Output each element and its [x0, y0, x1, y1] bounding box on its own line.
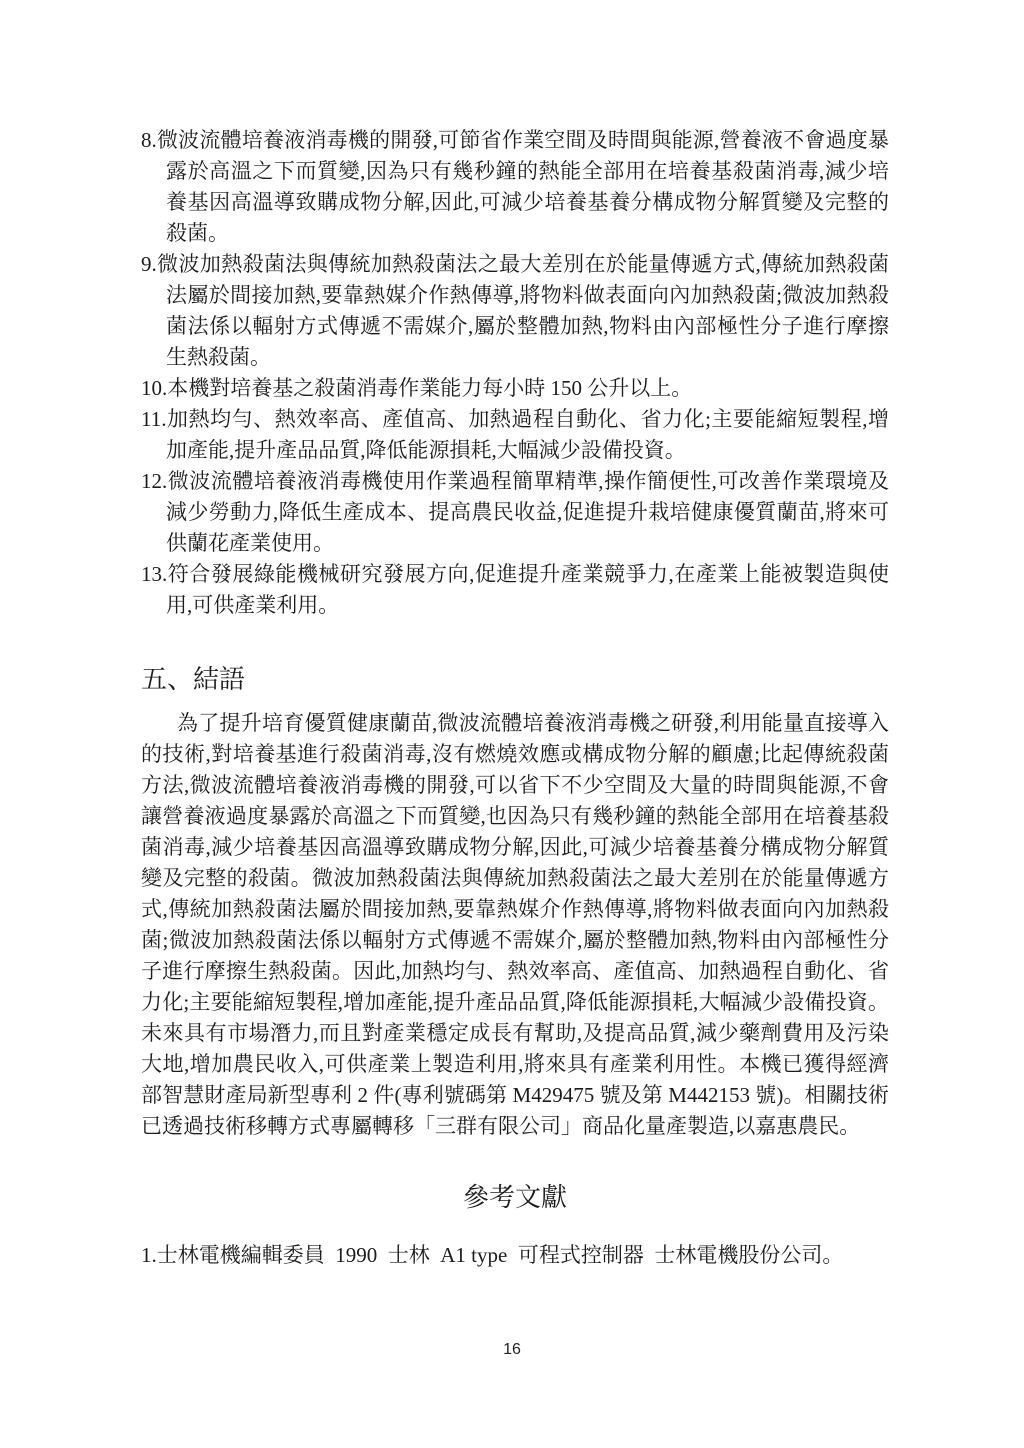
page-number: 16 — [0, 1341, 1024, 1359]
item-text: 士林電機編輯委員 1990 士林 A1 type 可程式控制器 士林電機股份公司… — [157, 1243, 844, 1267]
item-text: 微波加熱殺菌法與傳統加熱殺菌法之最大差別在於能量傳遞方式,傳統加熱殺菌法屬於間接… — [157, 252, 889, 369]
conclusion-paragraph: 為了提升培育優質健康蘭苗,微波流體培養液消毒機之研發,利用能量直接導入的技術,對… — [141, 708, 889, 1142]
numbered-item-10: 10.本機對培養基之殺菌消毒作業能力每小時 150 公升以上。 — [141, 373, 889, 404]
numbered-item-8: 8.微波流體培養液消毒機的開發,可節省作業空間及時間與能源,營養液不會過度暴露於… — [141, 125, 889, 249]
item-number: 12. — [141, 469, 167, 493]
numbered-item-11: 11.加熱均勻、熱效率高、產值高、加熱過程自動化、省力化;主要能縮短製程,增加產… — [141, 404, 889, 466]
references-heading: 參考文獻 — [141, 1180, 889, 1216]
page-content: 8.微波流體培養液消毒機的開發,可節省作業空間及時間與能源,營養液不會過度暴露於… — [141, 125, 889, 1271]
item-text: 符合發展綠能機械研究發展方向,促進提升產業競爭力,在產業上能被製造與使用,可供產… — [166, 562, 889, 617]
numbered-item-12: 12.微波流體培養液消毒機使用作業過程簡單精準,操作簡便性,可改善作業環境及減少… — [141, 466, 889, 559]
item-text: 微波流體培養液消毒機的開發,可節省作業空間及時間與能源,營養液不會過度暴露於高溫… — [157, 128, 889, 245]
item-text: 本機對培養基之殺菌消毒作業能力每小時 150 公升以上。 — [167, 376, 692, 400]
numbered-item-13: 13.符合發展綠能機械研究發展方向,促進提升產業競爭力,在產業上能被製造與使用,… — [141, 559, 889, 621]
item-text: 加熱均勻、熱效率高、產值高、加熱過程自動化、省力化;主要能縮短製程,增加產能,提… — [166, 407, 889, 462]
item-number: 11. — [141, 407, 166, 431]
item-number: 9. — [141, 252, 157, 276]
item-number: 1. — [141, 1243, 157, 1267]
conclusion-section-heading: 五、結語 — [141, 662, 889, 698]
document-page: { "page": { "number": "16", "background_… — [0, 0, 1024, 1448]
item-number: 10. — [141, 376, 167, 400]
reference-item-1: 1.士林電機編輯委員 1990 士林 A1 type 可程式控制器 士林電機股份… — [141, 1240, 889, 1271]
item-number: 13. — [141, 562, 167, 586]
item-number: 8. — [141, 128, 157, 152]
item-text: 微波流體培養液消毒機使用作業過程簡單精準,操作簡便性,可改善作業環境及減少勞動力… — [166, 469, 889, 555]
numbered-item-9: 9.微波加熱殺菌法與傳統加熱殺菌法之最大差別在於能量傳遞方式,傳統加熱殺菌法屬於… — [141, 249, 889, 373]
